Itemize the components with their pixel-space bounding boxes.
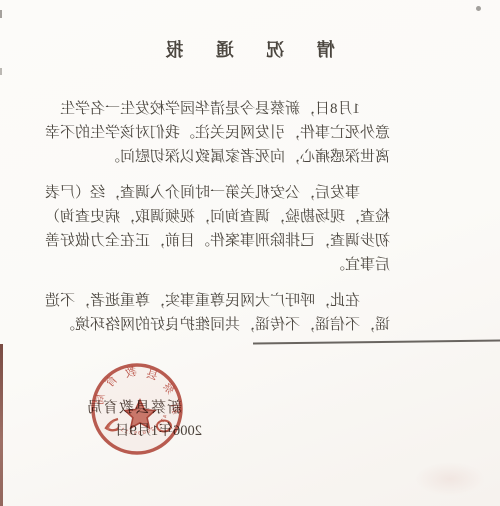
body-line: 在此，呼吁广大网民尊重事实，尊重逝者，不造 [54,289,390,313]
official-seal: 新蔡县教育局 4117290052113 [80,355,190,461]
mirrored-document: 情 况 通 报 1月8日，新蔡县今是清华园学校发生一名学生意外死亡事件，引发网民… [0,0,500,506]
scan-smudge [415,462,485,496]
scan-edge-strip [0,344,3,506]
body-line: 1月8日，新蔡县今是清华园学校发生一名学生 [54,97,390,121]
scan-speck [476,6,481,11]
body-line: 事发后，公安机关第一时间介入调查，经（尸表 [54,181,390,205]
body-line: 检查，现场勘验，调查询问，视频调取，病史查询） [54,205,390,229]
notice-body: 1月8日，新蔡县今是清华园学校发生一名学生意外死亡事件，引发网民关注。我们对该学… [54,97,390,337]
body-line: 初步调查，已排除刑事案件。目前，正在全力做好善 [54,229,390,253]
body-line: 离世深感痛心，向死者家属致以深切慰问。 [54,145,390,169]
notice-title: 情 况 通 报 [0,36,500,62]
scan-mark [0,10,2,18]
body-line: 谣，不信谣，不传谣，共同维护良好的网络环境。 [54,313,390,337]
scanned-notice-page: 情 况 通 报 1月8日，新蔡县今是清华园学校发生一名学生意外死亡事件，引发网民… [0,0,500,506]
body-line: 后事宜。 [54,253,390,277]
scan-mark [0,68,2,75]
body-line: 意外死亡事件，引发网民关注。我们对该学生的不幸 [54,121,390,145]
